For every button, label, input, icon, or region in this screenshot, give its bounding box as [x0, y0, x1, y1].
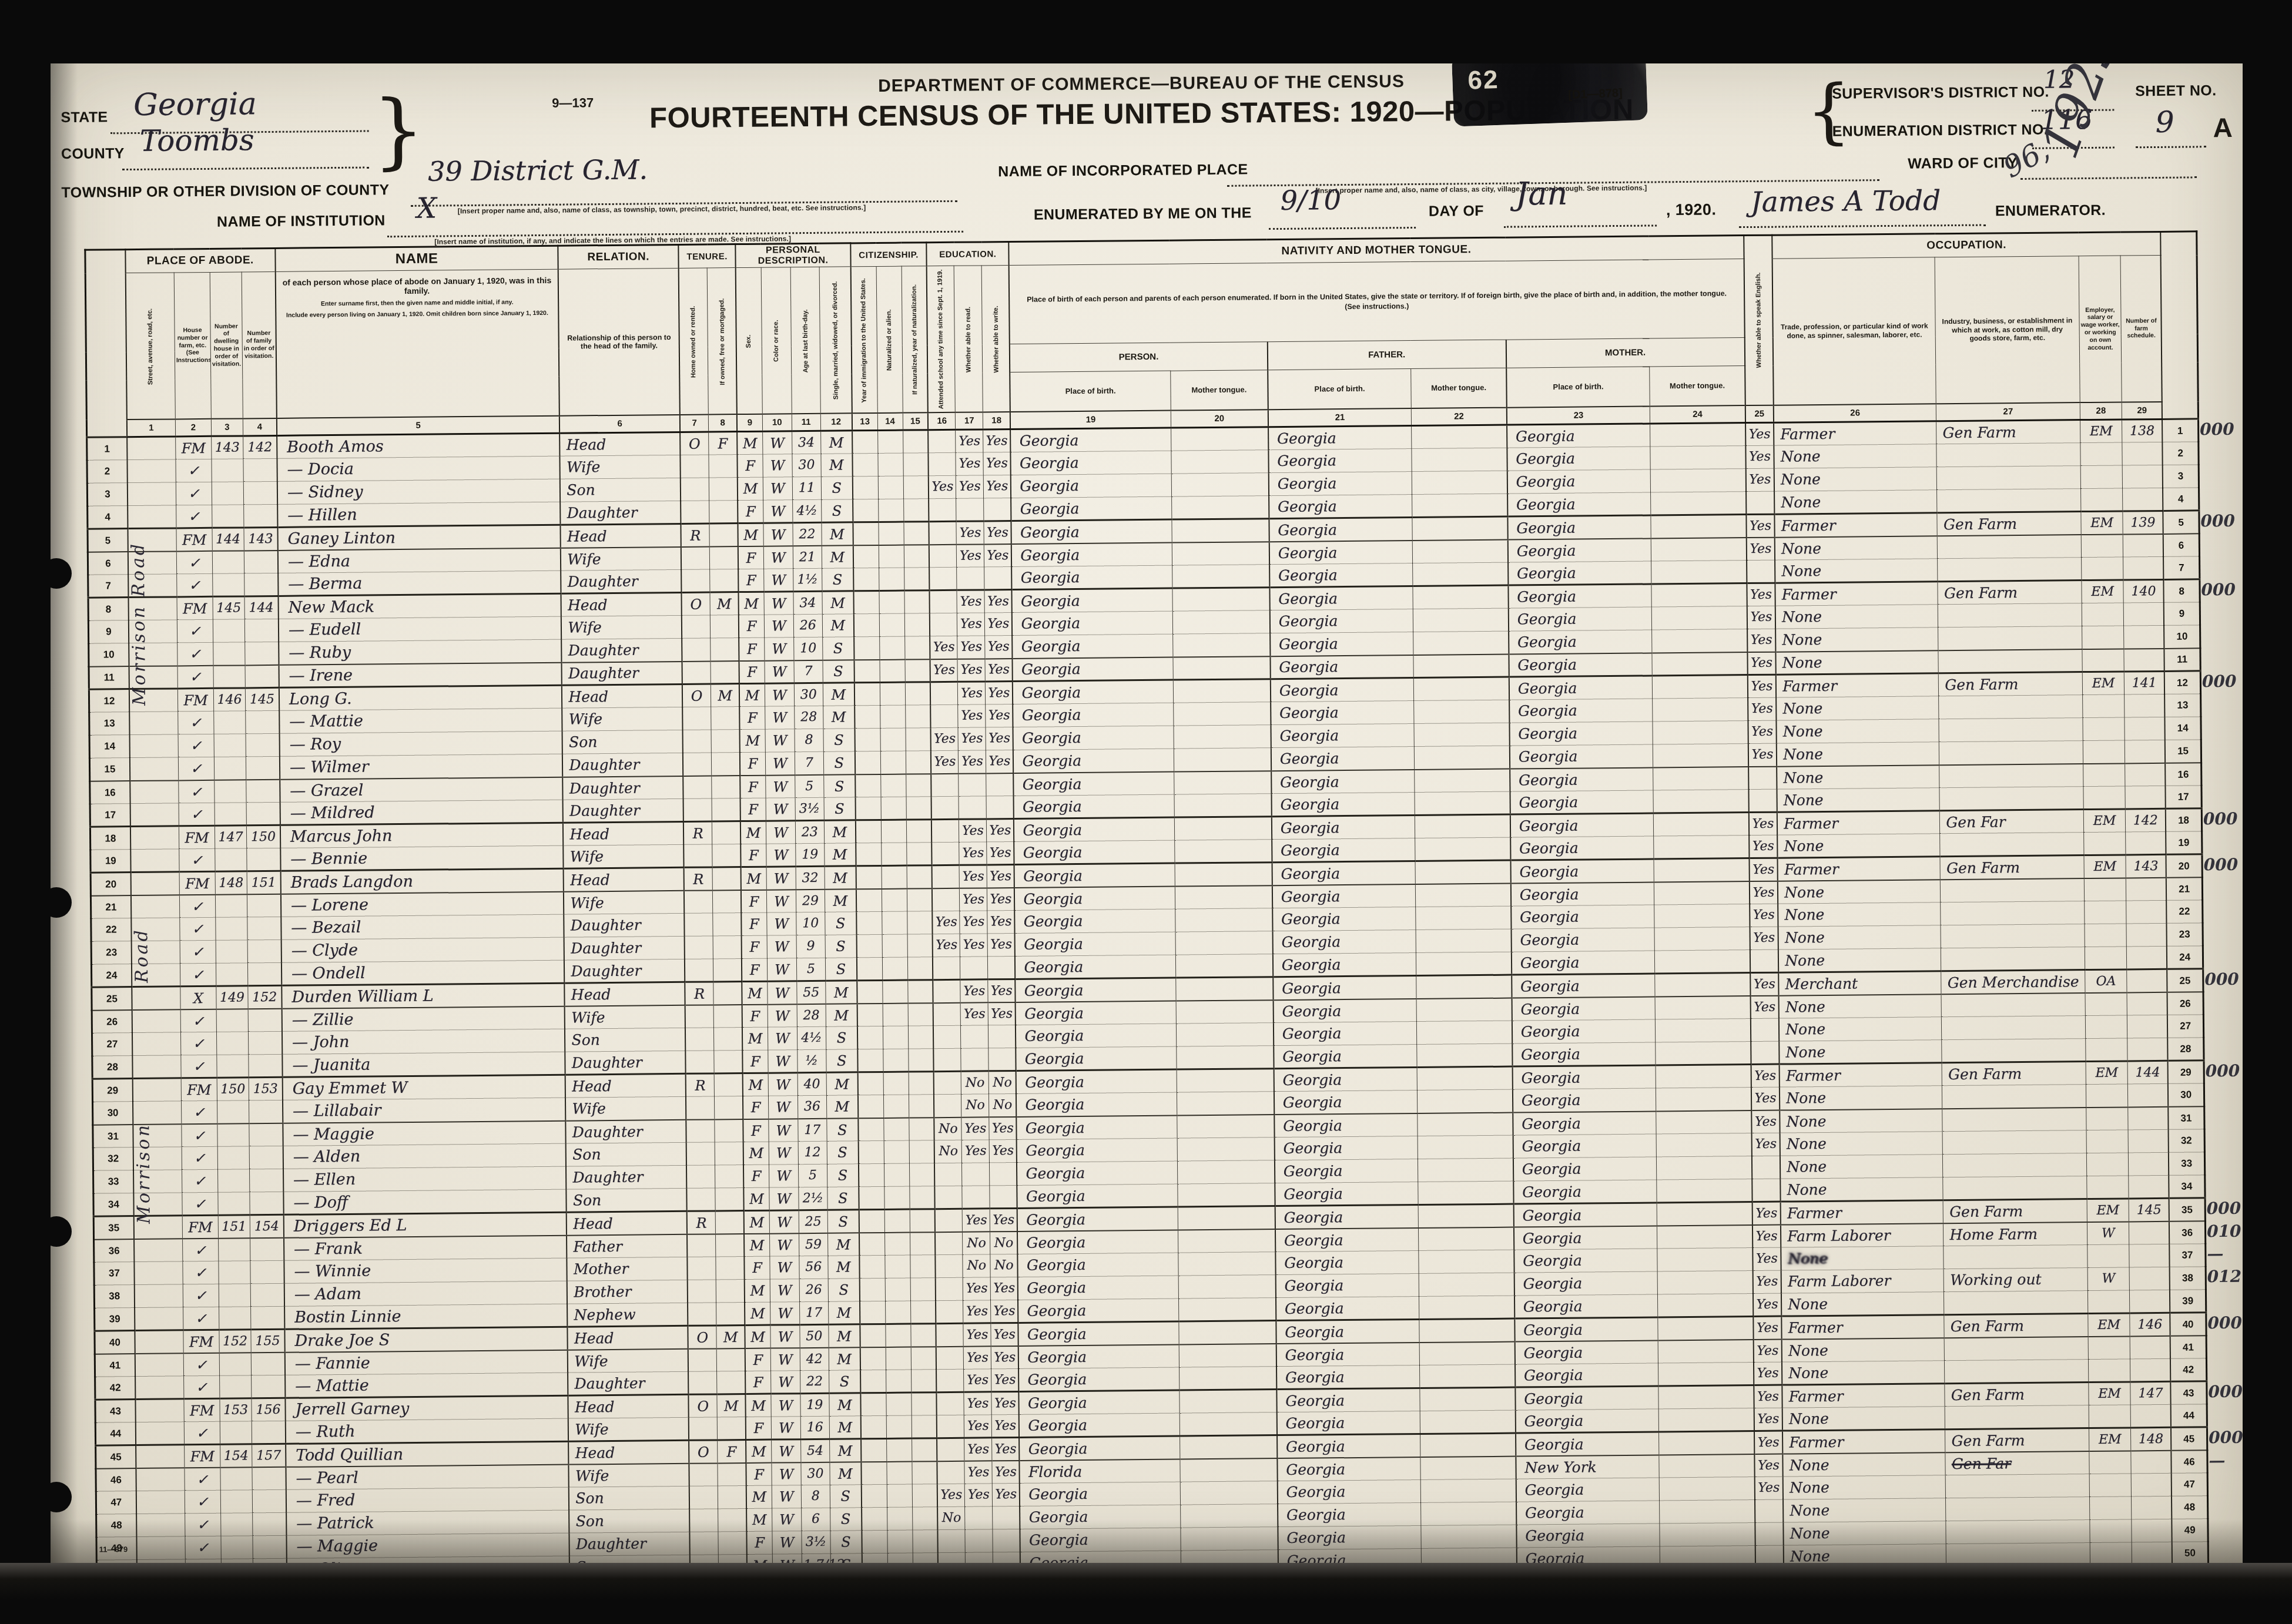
- line-number: 15: [89, 758, 130, 781]
- pob-mother: Georgia: [1513, 1111, 1657, 1135]
- tenure-owned: O: [688, 1326, 716, 1348]
- family-number: [243, 459, 277, 482]
- dwelling-number: 152: [219, 1330, 251, 1353]
- tenure-mortgaged: [718, 1463, 746, 1486]
- tenure-owned: [683, 753, 712, 776]
- naturalization-year-cell: [909, 1163, 934, 1186]
- col1-header: Street, avenue, road, etc.: [125, 273, 175, 420]
- tenure-mortgaged: [714, 1073, 743, 1096]
- pob-person: Georgia: [1016, 1001, 1176, 1025]
- dwelling-number: [216, 940, 247, 963]
- relation-cell: Head: [564, 868, 684, 892]
- english-cell: Yes: [1749, 835, 1778, 858]
- pob-mother: Georgia: [1509, 699, 1653, 723]
- immigration-year-cell: [855, 729, 880, 751]
- read-cell: [961, 1048, 988, 1071]
- mother-tongue-mother: [1656, 1088, 1751, 1111]
- tenure-owned: O: [680, 432, 709, 455]
- name-cell: — Adam: [284, 1281, 568, 1306]
- employer-code-cell: EM: [2087, 1313, 2130, 1337]
- farm-schedule-cell: [2127, 969, 2167, 993]
- naturalization-year-cell: [904, 522, 929, 545]
- employer-code-cell: [2087, 1244, 2129, 1268]
- marital-cell: M: [829, 1347, 860, 1370]
- line-number-right: 48: [2172, 1496, 2208, 1519]
- sheet-value: 9: [2155, 105, 2174, 139]
- age-cell: 32: [796, 867, 825, 890]
- relation-cell: Head: [565, 1074, 686, 1098]
- industry-cell: [1941, 947, 2085, 971]
- naturalized-cell: [881, 797, 906, 820]
- farm-schedule-cell: [2129, 1153, 2169, 1176]
- house-farm-cell: ✓: [178, 734, 214, 758]
- trade-cell: None: [1777, 788, 1940, 812]
- read-cell: Yes: [957, 636, 985, 659]
- naturalization-year-cell: [903, 476, 929, 499]
- line-number: 1: [87, 437, 128, 461]
- naturalization-year-cell: [905, 682, 930, 705]
- pob-mother: Georgia: [1508, 607, 1652, 631]
- dwelling-number: 153: [220, 1398, 252, 1421]
- tenure-mortgaged: [709, 455, 738, 478]
- farm-schedule-cell: [2129, 1176, 2169, 1199]
- mother-tongue-mother: [1654, 927, 1750, 951]
- employer-code-cell: [2083, 763, 2125, 787]
- group-personal: PERSONAL DESCRIPTION.: [735, 243, 850, 268]
- street-cell: [136, 1514, 185, 1537]
- write-cell: [988, 1048, 1016, 1071]
- mother-tongue-father: [1419, 1250, 1514, 1273]
- dwelling-number: [212, 482, 243, 505]
- immigration-year-cell: [852, 454, 877, 477]
- farm-schedule-cell: [2126, 901, 2167, 924]
- line-number-right: 3: [2163, 465, 2199, 488]
- mother-tongue-person: [1172, 565, 1270, 588]
- write-cell: Yes: [984, 521, 1011, 544]
- col9-header: Sex.: [736, 267, 762, 414]
- family-number: [253, 1536, 287, 1559]
- employer-code-cell: [2083, 717, 2125, 741]
- line-number-right: 32: [2169, 1129, 2205, 1153]
- industry-cell: [1941, 924, 2085, 948]
- immigration-year-cell: [857, 958, 882, 981]
- sex-cell: M: [745, 1302, 770, 1325]
- employer-code-cell: [2088, 1336, 2130, 1360]
- age-cell: 30: [794, 683, 823, 706]
- pob-mother: Georgia: [1513, 1157, 1657, 1181]
- industry-cell: Gen Farm: [1939, 672, 2083, 696]
- age-cell: ½: [797, 1050, 826, 1073]
- col4-header: Number of family in order of visitation.: [242, 271, 277, 418]
- race-cell: W: [770, 1348, 800, 1371]
- marital-cell: S: [830, 1485, 862, 1508]
- age-cell: 11: [792, 477, 821, 500]
- house-farm-cell: FM: [177, 689, 213, 712]
- mother-tongue-father: [1413, 562, 1508, 586]
- race-cell: W: [766, 821, 796, 844]
- age-cell: 5: [798, 1165, 827, 1187]
- col8-header: If owned, free or mortgaged.: [707, 268, 737, 415]
- mother-tongue-mother: [1651, 561, 1747, 584]
- pob-person: Georgia: [1018, 1253, 1178, 1277]
- school-cell: [929, 522, 957, 545]
- tenure-owned: [684, 913, 713, 936]
- english-cell: Yes: [1748, 720, 1777, 743]
- pob-father: Georgia: [1273, 976, 1417, 1000]
- relation-cell: Daughter: [561, 639, 682, 663]
- english-cell: [1746, 491, 1775, 514]
- naturalization-year-cell: [906, 820, 931, 843]
- mother-tongue-mother: [1658, 1363, 1754, 1386]
- naturalized-cell: [887, 1530, 912, 1553]
- line-number-right: 7: [2163, 556, 2200, 580]
- read-cell: Yes: [963, 1209, 990, 1232]
- tenure-owned: O: [689, 1440, 718, 1463]
- write-cell: Yes: [991, 1415, 1019, 1438]
- marital-cell: S: [827, 1187, 859, 1210]
- write-cell: Yes: [985, 636, 1013, 659]
- read-cell: Yes: [956, 452, 983, 475]
- farm-schedule-cell: 139: [2123, 511, 2163, 535]
- immigration-year-cell: [862, 1485, 887, 1508]
- employer-code-cell: [2084, 878, 2126, 901]
- immigration-year-cell: [862, 1508, 887, 1531]
- farm-schedule-cell: [2126, 878, 2167, 901]
- line-number-right: 39: [2170, 1290, 2206, 1313]
- naturalized-cell: [883, 1026, 908, 1049]
- line-number: 32: [93, 1147, 133, 1171]
- naturalization-year-cell: [910, 1232, 935, 1255]
- mother-tongue-mother: [1657, 1133, 1752, 1157]
- immigration-year-cell: [860, 1324, 885, 1347]
- pob-person: Georgia: [1015, 909, 1175, 933]
- pob-person: Georgia: [1018, 1298, 1178, 1323]
- relation-cell: Daughter: [564, 937, 685, 961]
- trade-cell: None: [1776, 650, 1939, 675]
- line-number: 38: [94, 1285, 135, 1308]
- industry-cell: [1942, 1130, 2086, 1155]
- pob-person: Florida: [1020, 1459, 1180, 1483]
- write-cell: Yes: [987, 865, 1014, 888]
- school-cell: [937, 1438, 964, 1461]
- age-cell: 8: [795, 729, 823, 752]
- sex-cell: F: [741, 912, 766, 935]
- farm-schedule-cell: [2129, 1244, 2170, 1268]
- street-cell: [132, 1055, 181, 1079]
- immigration-year-cell: [856, 843, 881, 866]
- sex-cell: M: [743, 1142, 769, 1165]
- trade-cell: None: [1778, 925, 1941, 949]
- name-cell: — Irene: [279, 662, 562, 687]
- race-cell: W: [763, 569, 793, 592]
- relation-cell: Daughter: [564, 959, 685, 984]
- race-cell: W: [763, 477, 793, 500]
- farm-schedule-cell: [2125, 717, 2165, 741]
- farm-schedule-cell: [2130, 1359, 2171, 1383]
- naturalized-cell: [881, 843, 906, 865]
- school-cell: Yes: [931, 751, 959, 774]
- pob-person: Georgia: [1017, 1138, 1177, 1162]
- write-cell: Yes: [988, 1002, 1016, 1025]
- employer-code-cell: EM: [2087, 1199, 2129, 1222]
- line-number: 35: [93, 1216, 134, 1240]
- industry-cell: Gen Far: [1940, 810, 2084, 834]
- mother-tongue-mother: [1656, 1110, 1751, 1134]
- naturalized-cell: [879, 568, 904, 590]
- read-cell: No: [963, 1254, 990, 1277]
- pob-father: Georgia: [1270, 655, 1414, 679]
- age-cell: 50: [800, 1325, 829, 1348]
- marital-cell: M: [826, 1004, 857, 1026]
- family-number: 145: [245, 688, 279, 712]
- mother-tongue-father: [1418, 1158, 1513, 1182]
- mother-tongue-person: [1172, 610, 1270, 634]
- marital-cell: S: [824, 797, 856, 820]
- line-number-right: 15: [2165, 740, 2201, 763]
- naturalized-cell: [883, 1072, 909, 1095]
- mother-tongue-father: [1418, 1181, 1513, 1204]
- race-cell: W: [768, 1050, 797, 1073]
- trade-cell: Farmer: [1774, 421, 1936, 445]
- age-cell: 36: [797, 1096, 826, 1119]
- trade-cell: None: [1782, 1407, 1945, 1431]
- age-cell: 17: [800, 1302, 829, 1325]
- trade-cell: Farmer: [1781, 1200, 1943, 1224]
- pob-person: Georgia: [1020, 1482, 1180, 1506]
- school-cell: [931, 820, 959, 843]
- mother-tongue-father: [1421, 1502, 1516, 1525]
- english-cell: [1751, 1018, 1780, 1041]
- school-cell: [933, 1003, 961, 1026]
- line-number-right: 18000: [2166, 808, 2202, 832]
- dwelling-number: [216, 917, 247, 940]
- mother-tongue-mother: [1652, 652, 1747, 676]
- dwelling-number: [220, 1421, 252, 1444]
- tenure-owned: [686, 1142, 715, 1165]
- read-cell: [957, 567, 984, 590]
- pob-person: Georgia: [1012, 634, 1172, 658]
- sex-cell: F: [738, 454, 763, 477]
- dwelling-number: 147: [215, 826, 246, 848]
- name-cell: — Fred: [286, 1487, 569, 1512]
- mother-tongue-person: [1178, 1298, 1276, 1321]
- street-cell: [135, 1376, 184, 1400]
- naturalization-year-cell: [912, 1415, 937, 1438]
- name-cell: — Mattie: [279, 708, 562, 733]
- sex-cell: M: [745, 1279, 770, 1302]
- pencil-annotation: 012: [2207, 1267, 2242, 1287]
- pob-father: Georgia: [1273, 953, 1417, 977]
- school-cell: Yes: [933, 934, 960, 957]
- pob-father: Georgia: [1271, 701, 1415, 725]
- farm-schedule-cell: [2123, 465, 2163, 489]
- school-cell: [936, 1301, 963, 1324]
- pob-mother: Georgia: [1512, 1042, 1656, 1066]
- industry-cell: Gen Farm: [1938, 581, 2082, 605]
- race-cell: W: [765, 729, 795, 752]
- street-cell: [136, 1491, 185, 1514]
- tenure-mortgaged: [712, 844, 741, 867]
- sex-cell: F: [743, 1119, 768, 1142]
- dwelling-number: [219, 1261, 250, 1284]
- mother-tongue-father: [1416, 906, 1511, 930]
- pob-father: Georgia: [1269, 518, 1413, 542]
- house-farm-cell: ✓: [183, 1353, 219, 1377]
- pob-person: Georgia: [1011, 519, 1172, 543]
- name-cell: — Patrick: [286, 1510, 569, 1535]
- pob-person: Georgia: [1018, 1276, 1178, 1300]
- industry-cell: Gen Merchandise: [1941, 970, 2085, 994]
- school-cell: [934, 1072, 961, 1095]
- employer-code-cell: EM: [2086, 1061, 2128, 1085]
- pob-mother: Georgia: [1514, 1294, 1658, 1318]
- tenure-owned: [683, 798, 712, 821]
- trade-cell: None: [1774, 444, 1937, 468]
- line-number-right: 47: [2172, 1473, 2208, 1497]
- age-cell: 26: [799, 1279, 828, 1302]
- sex-cell: M: [744, 1210, 769, 1233]
- col25-header: Whether able to speak English.: [1744, 235, 1774, 405]
- english-cell: Yes: [1754, 1431, 1783, 1454]
- marital-cell: M: [829, 1462, 861, 1485]
- write-cell: Yes: [991, 1392, 1019, 1415]
- read-cell: Yes: [959, 819, 987, 842]
- naturalized-cell: [880, 705, 905, 728]
- tenure-owned: R: [687, 1211, 716, 1234]
- pob-mother: Georgia: [1514, 1340, 1658, 1364]
- house-farm-cell: ✓: [180, 918, 216, 941]
- school-cell: [935, 1209, 963, 1232]
- sex-cell: M: [742, 1027, 768, 1050]
- tenure-owned: [681, 455, 709, 478]
- trade-cell: None: [1779, 1017, 1942, 1041]
- naturalized-cell: [884, 1209, 910, 1232]
- name-cell: Marcus John: [280, 823, 564, 848]
- naturalization-year-cell: [910, 1278, 936, 1301]
- tenure-mortgaged: [715, 1211, 744, 1234]
- census-form-paper: 9—137 DEPARTMENT OF COMMERCE—BUREAU OF T…: [51, 63, 2243, 1563]
- write-cell: Yes: [991, 1323, 1018, 1346]
- pob-person: Georgia: [1014, 840, 1175, 864]
- age-cell: 28: [795, 706, 823, 729]
- write-cell: Yes: [986, 704, 1013, 727]
- mother-tongue-father: [1418, 1066, 1513, 1090]
- institution-value: X: [417, 192, 437, 225]
- write-cell: [984, 567, 1012, 590]
- group-relation: RELATION.: [558, 244, 679, 269]
- naturalization-year-cell: [906, 843, 931, 865]
- age-cell: 34: [793, 592, 822, 615]
- line-number-right: 24: [2167, 946, 2203, 969]
- read-cell: Yes: [957, 544, 984, 567]
- street-cell: [135, 1330, 183, 1354]
- marital-cell: S: [826, 1026, 857, 1049]
- line-number-right: 28: [2167, 1038, 2204, 1061]
- naturalized-cell: [880, 728, 906, 751]
- col17-header: Whether able to read.: [954, 266, 983, 412]
- marital-cell: S: [827, 1210, 859, 1233]
- family-number: 142: [243, 436, 277, 459]
- tenure-mortgaged: [713, 1005, 742, 1028]
- write-cell: Yes: [987, 934, 1015, 957]
- english-cell: Yes: [1754, 1408, 1782, 1431]
- mother-tongue-mother: [1655, 973, 1750, 996]
- family-number: [249, 1169, 283, 1193]
- read-cell: Yes: [959, 842, 987, 865]
- relation-cell: Son: [562, 730, 683, 754]
- pob-mother: Georgia: [1507, 538, 1651, 562]
- immigration-year-cell: [860, 1370, 886, 1393]
- marital-cell: S: [821, 499, 853, 522]
- pencil-annotation: 000: [2204, 969, 2239, 989]
- farm-schedule-cell: [2128, 1084, 2169, 1108]
- dwelling-number: [217, 1146, 249, 1169]
- marital-cell: M: [822, 614, 854, 637]
- mother-tongue-person: [1179, 1344, 1276, 1367]
- naturalization-year-cell: [908, 1049, 933, 1072]
- pob-mother: Georgia: [1509, 676, 1653, 700]
- naturalization-year-cell: [909, 1118, 934, 1140]
- race-cell: W: [769, 1233, 799, 1256]
- census-table: PLACE OF ABODE. NAME RELATION. TENURE. P…: [84, 230, 2209, 1584]
- trade-cell: None: [1781, 1292, 1944, 1316]
- mother-tongue-mother: [1653, 721, 1748, 744]
- form-content: 9—137 DEPARTMENT OF COMMERCE—BUREAU OF T…: [45, 54, 2250, 1572]
- line-number-right: 16: [2165, 763, 2201, 786]
- age-cell: 10: [794, 637, 823, 660]
- line-number: 30: [93, 1102, 133, 1125]
- sheet-label: SHEET NO.: [2135, 82, 2217, 100]
- family-number: 157: [252, 1444, 286, 1468]
- name-cell: — Ondell: [282, 960, 565, 985]
- read-cell: Yes: [959, 750, 986, 773]
- race-cell: W: [768, 1073, 798, 1096]
- industry-cell: [1938, 558, 2082, 582]
- mother-tongue-father: [1416, 975, 1512, 998]
- mother-tongue-person: [1174, 748, 1271, 771]
- county-value: Toombs: [139, 123, 254, 158]
- employer-code-cell: [2080, 442, 2122, 466]
- mother-tongue-father: [1412, 494, 1507, 517]
- naturalization-year-cell: [908, 1003, 933, 1026]
- mother-tongue-person: [1172, 519, 1269, 542]
- naturalized-cell: [883, 1095, 909, 1118]
- line-number-right: 41: [2170, 1336, 2207, 1359]
- mother-tongue-father: [1420, 1364, 1515, 1388]
- trade-cell: Farmer: [1776, 673, 1939, 697]
- school-cell: Yes: [937, 1484, 965, 1507]
- immigration-year-cell: [859, 1164, 884, 1187]
- family-number: [250, 1261, 284, 1284]
- write-cell: [993, 1529, 1020, 1552]
- school-cell: [935, 1186, 963, 1209]
- pencil-annotation: 000: [2203, 855, 2238, 875]
- relation-cell: Wife: [565, 1005, 685, 1029]
- race-cell: W: [769, 1210, 799, 1233]
- read-cell: Yes: [958, 704, 986, 727]
- tenure-mortgaged: [714, 1028, 743, 1051]
- pob-mother: Georgia: [1510, 813, 1654, 837]
- english-cell: Yes: [1753, 1339, 1782, 1362]
- english-cell: Yes: [1749, 881, 1778, 904]
- race-cell: W: [768, 1004, 797, 1027]
- marital-cell: S: [827, 1141, 859, 1164]
- employer-code-cell: [2088, 1359, 2130, 1383]
- pob-mother: Georgia: [1508, 584, 1652, 608]
- dwelling-number: [215, 780, 246, 803]
- naturalization-year-cell: [908, 1026, 933, 1049]
- name-cell: — Mattie: [285, 1373, 568, 1398]
